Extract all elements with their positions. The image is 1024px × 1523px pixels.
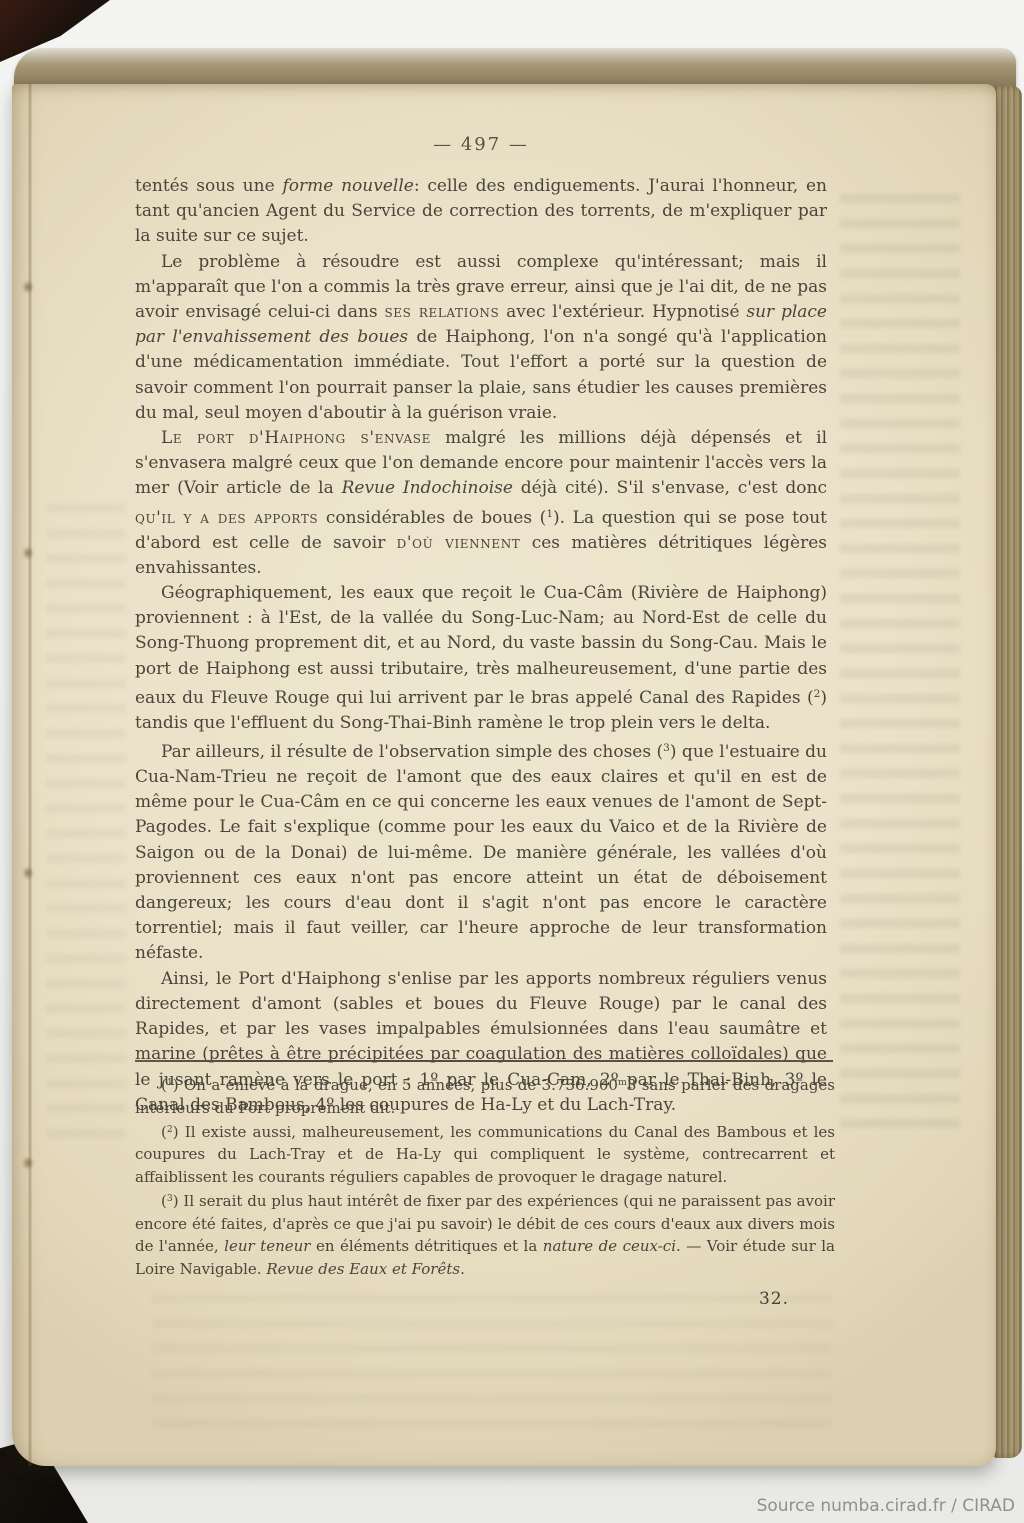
paragraph: Le port d'Haiphong s'envase malgré les m… xyxy=(135,426,827,581)
paragraph: tentés sous une forme nouvelle: celle de… xyxy=(135,174,827,250)
page-bleed-texture xyxy=(840,194,960,1144)
paragraph: Par ailleurs, il résulte de l'observatio… xyxy=(135,736,827,967)
footnotes: (1) On a enlevé à la drague, en 5 années… xyxy=(135,1060,835,1310)
binding-notch xyxy=(22,1156,34,1170)
footnote: (3) Il serait du plus haut intérêt de fi… xyxy=(135,1188,835,1280)
source-watermark: Source numba.cirad.fr / CIRAD xyxy=(757,1496,1015,1516)
body-text: tentés sous une forme nouvelle: celle de… xyxy=(135,174,827,1118)
binding-notch xyxy=(22,866,34,880)
footnote: (1) On a enlevé à la drague, en 5 années… xyxy=(135,1072,835,1119)
page-number: — 497 — xyxy=(135,134,827,155)
paragraph: Géographiquement, les eaux que reçoit le… xyxy=(135,581,827,736)
signature-mark: 32. xyxy=(135,1288,835,1310)
footnote: (2) Il existe aussi, malheureusement, le… xyxy=(135,1119,835,1188)
book-page: — 497 — tentés sous une forme nouvelle: … xyxy=(12,84,996,1466)
book-photo: — 497 — tentés sous une forme nouvelle: … xyxy=(0,0,1024,1523)
binding-notch xyxy=(22,280,34,294)
footnote-separator xyxy=(135,1060,833,1062)
binding-notch xyxy=(22,546,34,560)
page-bleed-texture xyxy=(152,1294,832,1444)
page-bleed-texture xyxy=(46,504,126,1144)
book-fore-edge xyxy=(993,86,1022,1458)
paragraph: Le problème à résoudre est aussi complex… xyxy=(135,250,827,426)
footnote-list: (1) On a enlevé à la drague, en 5 années… xyxy=(135,1072,835,1280)
